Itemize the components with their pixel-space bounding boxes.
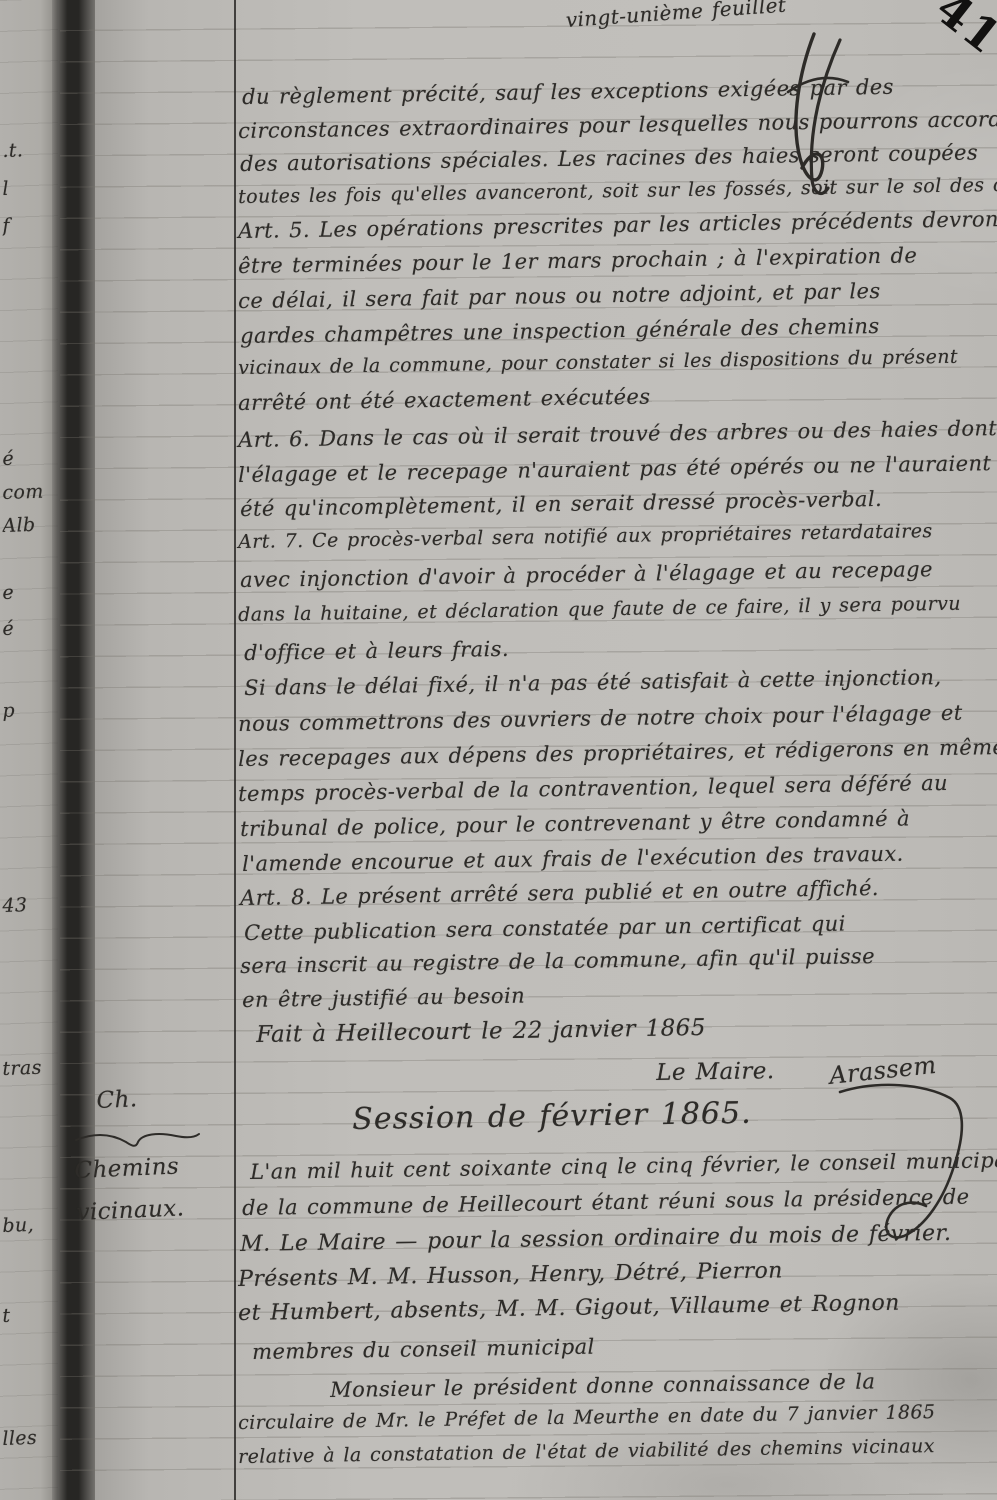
- edge-fragment: tras: [2, 1056, 57, 1080]
- margin-note-line1: Chemins: [74, 1153, 180, 1184]
- margin-squiggle: [72, 1128, 202, 1154]
- edge-fragment: t: [2, 1303, 57, 1327]
- edge-fragment: f: [2, 213, 57, 237]
- manuscript-scan: 41 vingt-unième feuillet .t.lfécomAlbeép…: [0, 0, 997, 1500]
- edge-fragment: com: [2, 480, 57, 504]
- margin-rule-line: [234, 0, 236, 1500]
- signature-flourish: [838, 1070, 968, 1260]
- edge-fragment: bu,: [2, 1213, 57, 1237]
- edge-fragment: l: [2, 176, 57, 200]
- edge-fragment: é: [2, 446, 57, 470]
- manuscript-line: d'office et à leurs frais.: [244, 637, 509, 665]
- edge-fragment: lles: [2, 1426, 57, 1450]
- edge-fragment: p: [2, 698, 57, 722]
- manuscript-line: en être justifié au besoin: [242, 984, 525, 1012]
- manuscript-line: Le Maire.: [656, 1058, 775, 1086]
- edge-fragment: é: [2, 616, 57, 640]
- edge-fragment: .t.: [2, 138, 57, 162]
- edge-fragment: e: [2, 580, 57, 604]
- margin-note-abbrev: Ch.: [96, 1086, 138, 1114]
- margin-note-line2: vicinaux.: [76, 1195, 185, 1226]
- edge-fragment: 43: [2, 893, 57, 917]
- edge-fragment: Alb: [2, 513, 57, 537]
- session-heading: Session de février 1865.: [352, 1096, 752, 1137]
